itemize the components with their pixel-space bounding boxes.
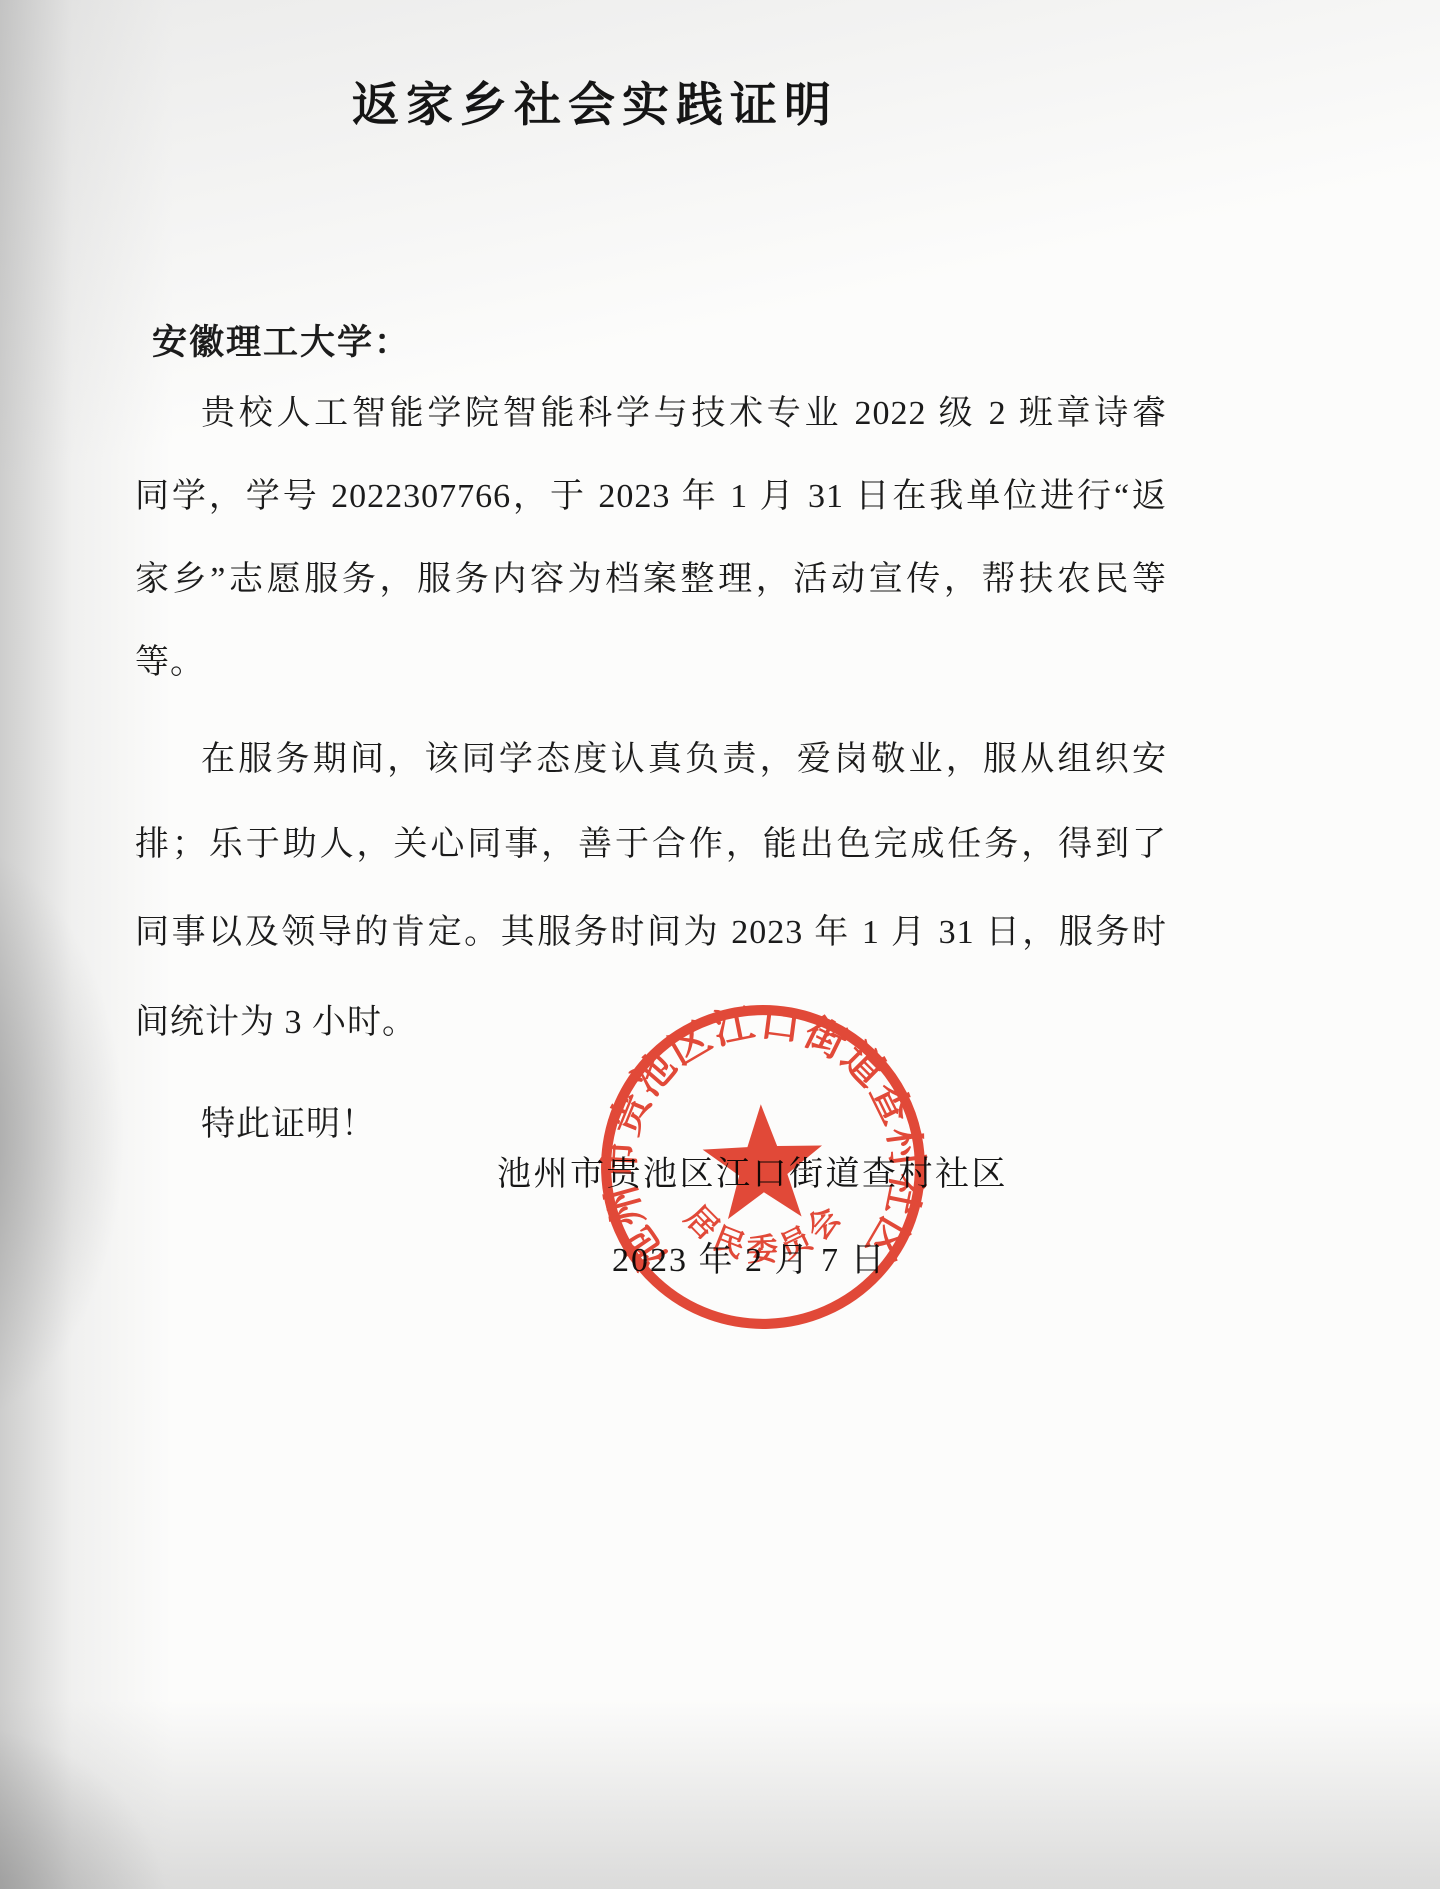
body-line: 在服务期间，该同学态度认真负责，爱岗敬业，服从组织安 [135,731,1167,780]
body-line: 等。 [135,634,1167,683]
scanned-certificate-page: 返家乡社会实践证明 安徽理工大学： 贵校人工智能学院智能科学与技术专业 2022… [0,0,1440,1889]
seal-bottom-text: 居民委员会 [677,1194,853,1270]
salutation: 安徽理工大学： [152,315,411,365]
official-red-seal: 池州市贵池区江口街道查村社区 居民委员会 [590,994,935,1339]
body-line: 同事以及领导的肯定。其服务时间为 2023 年 1 月 31 日，服务时 [135,904,1167,953]
document-title: 返家乡社会实践证明 [0,68,1190,135]
body-line: 家乡”志愿服务，服务内容为档案整理，活动宣传，帮扶农民等 [135,551,1167,600]
body-line: 排；乐于助人，关心同事，善于合作，能出色完成任务，得到了 [135,816,1167,865]
svg-text:居民委员会: 居民委员会 [677,1194,853,1270]
body-line: 贵校人工智能学院智能科学与技术专业 2022 级 2 班章诗睿 [135,385,1167,434]
body-line: 同学，学号 2022307766，于 2023 年 1 月 31 日在我单位进行… [135,468,1167,517]
star-icon [701,1102,824,1220]
